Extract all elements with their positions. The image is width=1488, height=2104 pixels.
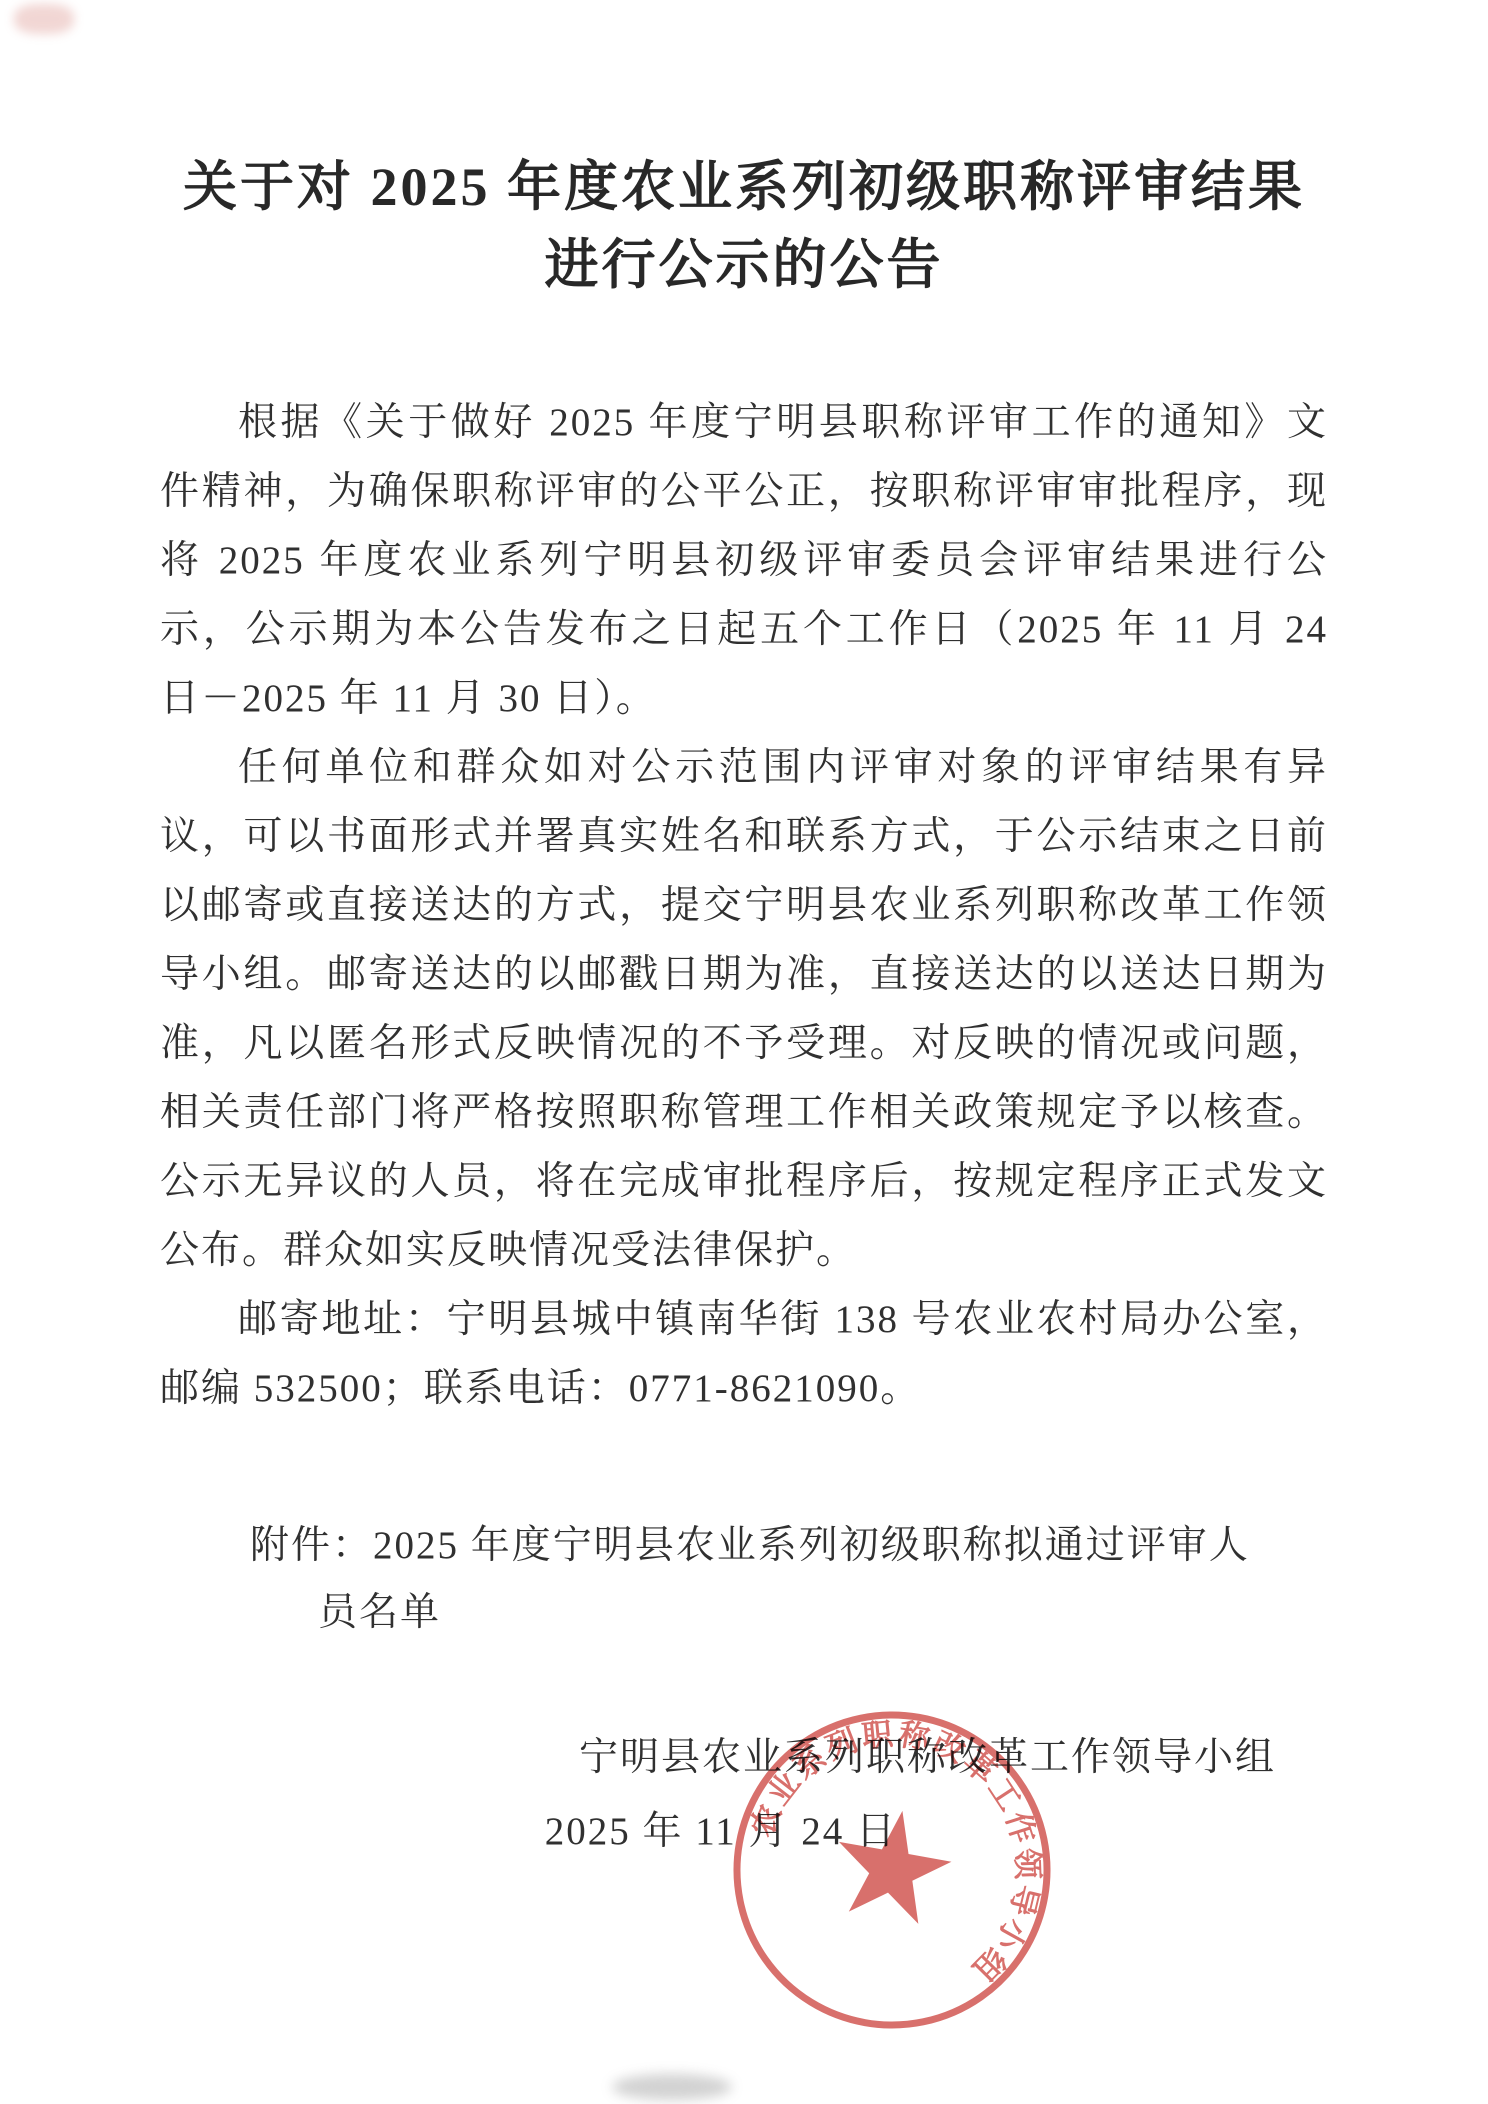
attachment-line-2: 员名单	[318, 1579, 1320, 1646]
attachment-line-1: 附件：2025 年度宁明县农业系列初级职称拟通过评审人	[250, 1512, 1320, 1579]
paragraph-contact-info: 邮寄地址：宁明县城中镇南华街 138 号农业农村局办公室，邮编 532500；联…	[160, 1285, 1328, 1423]
paragraph-objection-procedure: 任何单位和群众如对公示范围内评审对象的评审结果有异议，可以书面形式并署真实姓名和…	[160, 733, 1328, 1285]
scan-artifact-bottom	[612, 2074, 732, 2100]
page-title: 关于对 2025 年度农业系列初级职称评审结果 进行公示的公告	[0, 148, 1488, 304]
issue-date: 2025 年 11 月 24 日	[545, 1800, 897, 1856]
document-body: 根据《关于做好 2025 年度宁明县职称评审工作的通知》文件精神，为确保职称评审…	[160, 388, 1328, 1423]
attachment-note: 附件：2025 年度宁明县农业系列初级职称拟通过评审人 员名单	[160, 1512, 1320, 1646]
scan-artifact-top-left	[14, 4, 74, 34]
paragraph-intro: 根据《关于做好 2025 年度宁明县职称评审工作的通知》文件精神，为确保职称评审…	[160, 388, 1328, 733]
title-line-2: 进行公示的公告	[0, 226, 1488, 304]
signature-org: 宁明县农业系列职称改革工作领导小组	[579, 1726, 1276, 1782]
document-page: 关于对 2025 年度农业系列初级职称评审结果 进行公示的公告 根据《关于做好 …	[0, 0, 1488, 2104]
title-line-1: 关于对 2025 年度农业系列初级职称评审结果	[0, 148, 1488, 226]
